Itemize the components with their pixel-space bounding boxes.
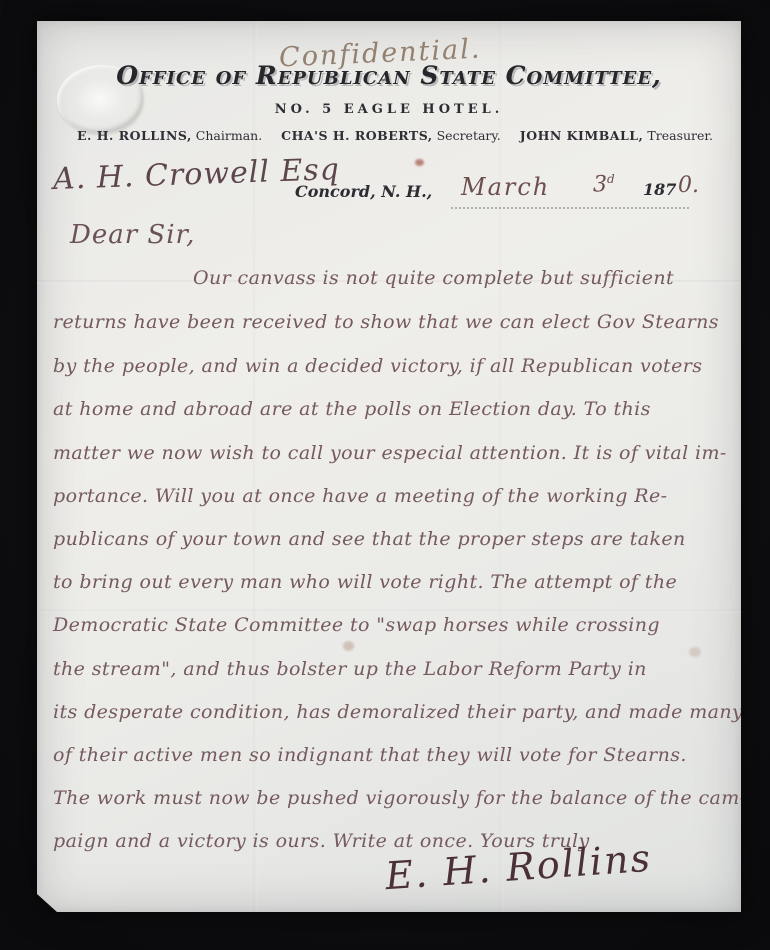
month-handwritten: March xyxy=(461,173,550,201)
place-printed: Concord, N. H., xyxy=(295,182,432,201)
body-line: at home and abroad are at the polls on E… xyxy=(53,398,729,420)
body-line: matter we now wish to call your especial… xyxy=(53,442,729,464)
day-number: 3 xyxy=(593,172,607,197)
body-line: to bring out every man who will vote rig… xyxy=(53,571,729,593)
officer-treasurer-name: JOHN KIMBALL, xyxy=(520,128,644,143)
body-line: returns have been received to show that … xyxy=(53,311,729,333)
body-line: portance. Will you at once have a meetin… xyxy=(53,485,729,507)
body-line: publicans of your town and see that the … xyxy=(53,528,729,550)
body-line: its desperate condition, has demoralized… xyxy=(53,701,729,723)
officer-chairman-role: Chairman. xyxy=(196,128,262,143)
body-line: the stream", and thus bolster up the Lab… xyxy=(53,658,729,680)
officer-chairman: E. H. ROLLINS, Chairman. xyxy=(77,128,262,143)
letter-paper: Confidential. Office of Republican State… xyxy=(37,21,741,912)
year-digit-handwritten: 0. xyxy=(678,173,699,198)
photo-background: Confidential. Office of Republican State… xyxy=(0,0,770,950)
officer-secretary-role: Secretary. xyxy=(437,128,501,143)
officer-treasurer-role: Treasurer. xyxy=(647,128,713,143)
salutation: Dear Sir, xyxy=(70,220,195,250)
body-line: Our canvass is not quite complete but su… xyxy=(53,267,729,289)
letterhead-address: NO. 5 EAGLE HOTEL. xyxy=(37,102,741,117)
foxing-spot xyxy=(689,647,701,657)
officer-secretary-name: CHA'S H. ROBERTS, xyxy=(281,128,432,143)
dotted-fill-in-rule xyxy=(451,207,689,209)
officer-treasurer: JOHN KIMBALL, Treasurer. xyxy=(520,128,713,143)
letterhead-officers-row: E. H. ROLLINS, Chairman. CHA'S H. ROBERT… xyxy=(77,128,713,143)
body-line: of their active men so indignant that th… xyxy=(53,744,729,766)
officer-secretary: CHA'S H. ROBERTS, Secretary. xyxy=(281,128,501,143)
day-ordinal-suffix: d xyxy=(607,172,615,186)
body-line: Democratic State Committee to "swap hors… xyxy=(53,614,729,636)
officer-chairman-name: E. H. ROLLINS, xyxy=(77,128,192,143)
body-line: The work must now be pushed vigorously f… xyxy=(53,787,729,809)
year-printed: 187 xyxy=(643,180,676,199)
fold-crease-horizontal xyxy=(37,609,741,613)
letterhead-title: Office of Republican State Committee, xyxy=(37,61,741,90)
foxing-spot xyxy=(343,641,354,651)
day-handwritten: 3d xyxy=(593,172,615,197)
body-line: by the people, and win a decided victory… xyxy=(53,355,729,377)
